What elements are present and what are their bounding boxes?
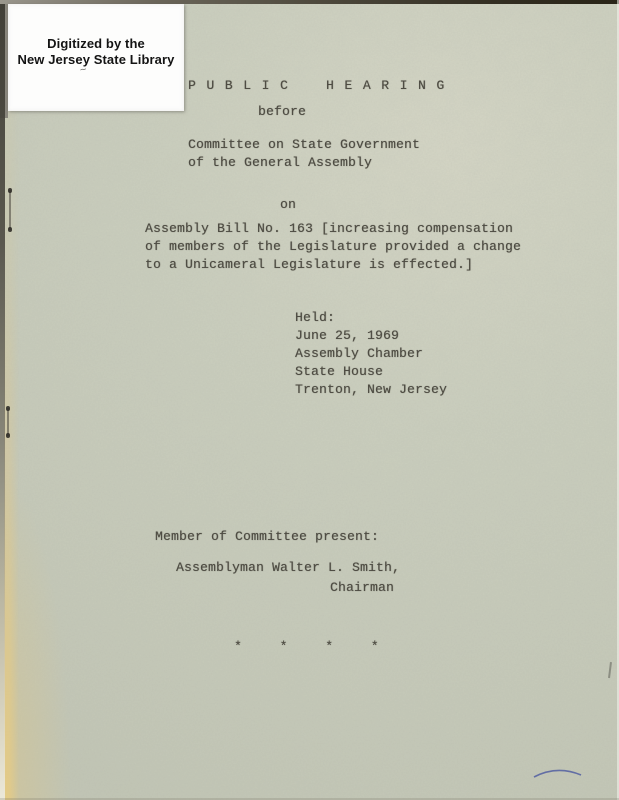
bill-line2: of members of the Legislature provided a… [145,238,521,256]
label-line2: New Jersey State Library [8,52,184,68]
staple-mark-upper [8,188,12,232]
bottom-left-discoloration [0,480,70,800]
held-place1: Assembly Chamber [295,345,423,363]
scanned-document-page: Digitized by the New Jersey State Librar… [0,0,619,800]
bill-line1: Assembly Bill No. 163 [increasing compen… [145,220,513,238]
on-line: on [280,196,296,214]
held-heading: Held: [295,309,335,327]
present-heading: Member of Committee present: [155,528,379,546]
committee-line2: of the General Assembly [188,154,372,172]
left-scan-edge [0,0,5,800]
before-line: before [258,103,306,121]
paper-texture [0,0,619,800]
member-title: Chairman [330,579,394,597]
staple-mark-lower [6,406,10,438]
committee-line1: Committee on State Government [188,136,420,154]
bill-line3: to a Unicameral Legislature is effected.… [145,256,473,274]
stray-hair-mark [608,662,611,678]
held-place3: Trenton, New Jersey [295,381,447,399]
held-place2: State House [295,363,383,381]
label-line1: Digitized by the [8,36,184,52]
pen-arc-mark [528,760,588,786]
member-name: Assemblyman Walter L. Smith, [176,559,400,577]
library-label: Digitized by the New Jersey State Librar… [8,4,184,111]
held-date: June 25, 1969 [295,327,399,345]
document-title: P U B L I C H E A R I N G [188,77,446,95]
asterisk-separator: * * * * [234,638,379,656]
